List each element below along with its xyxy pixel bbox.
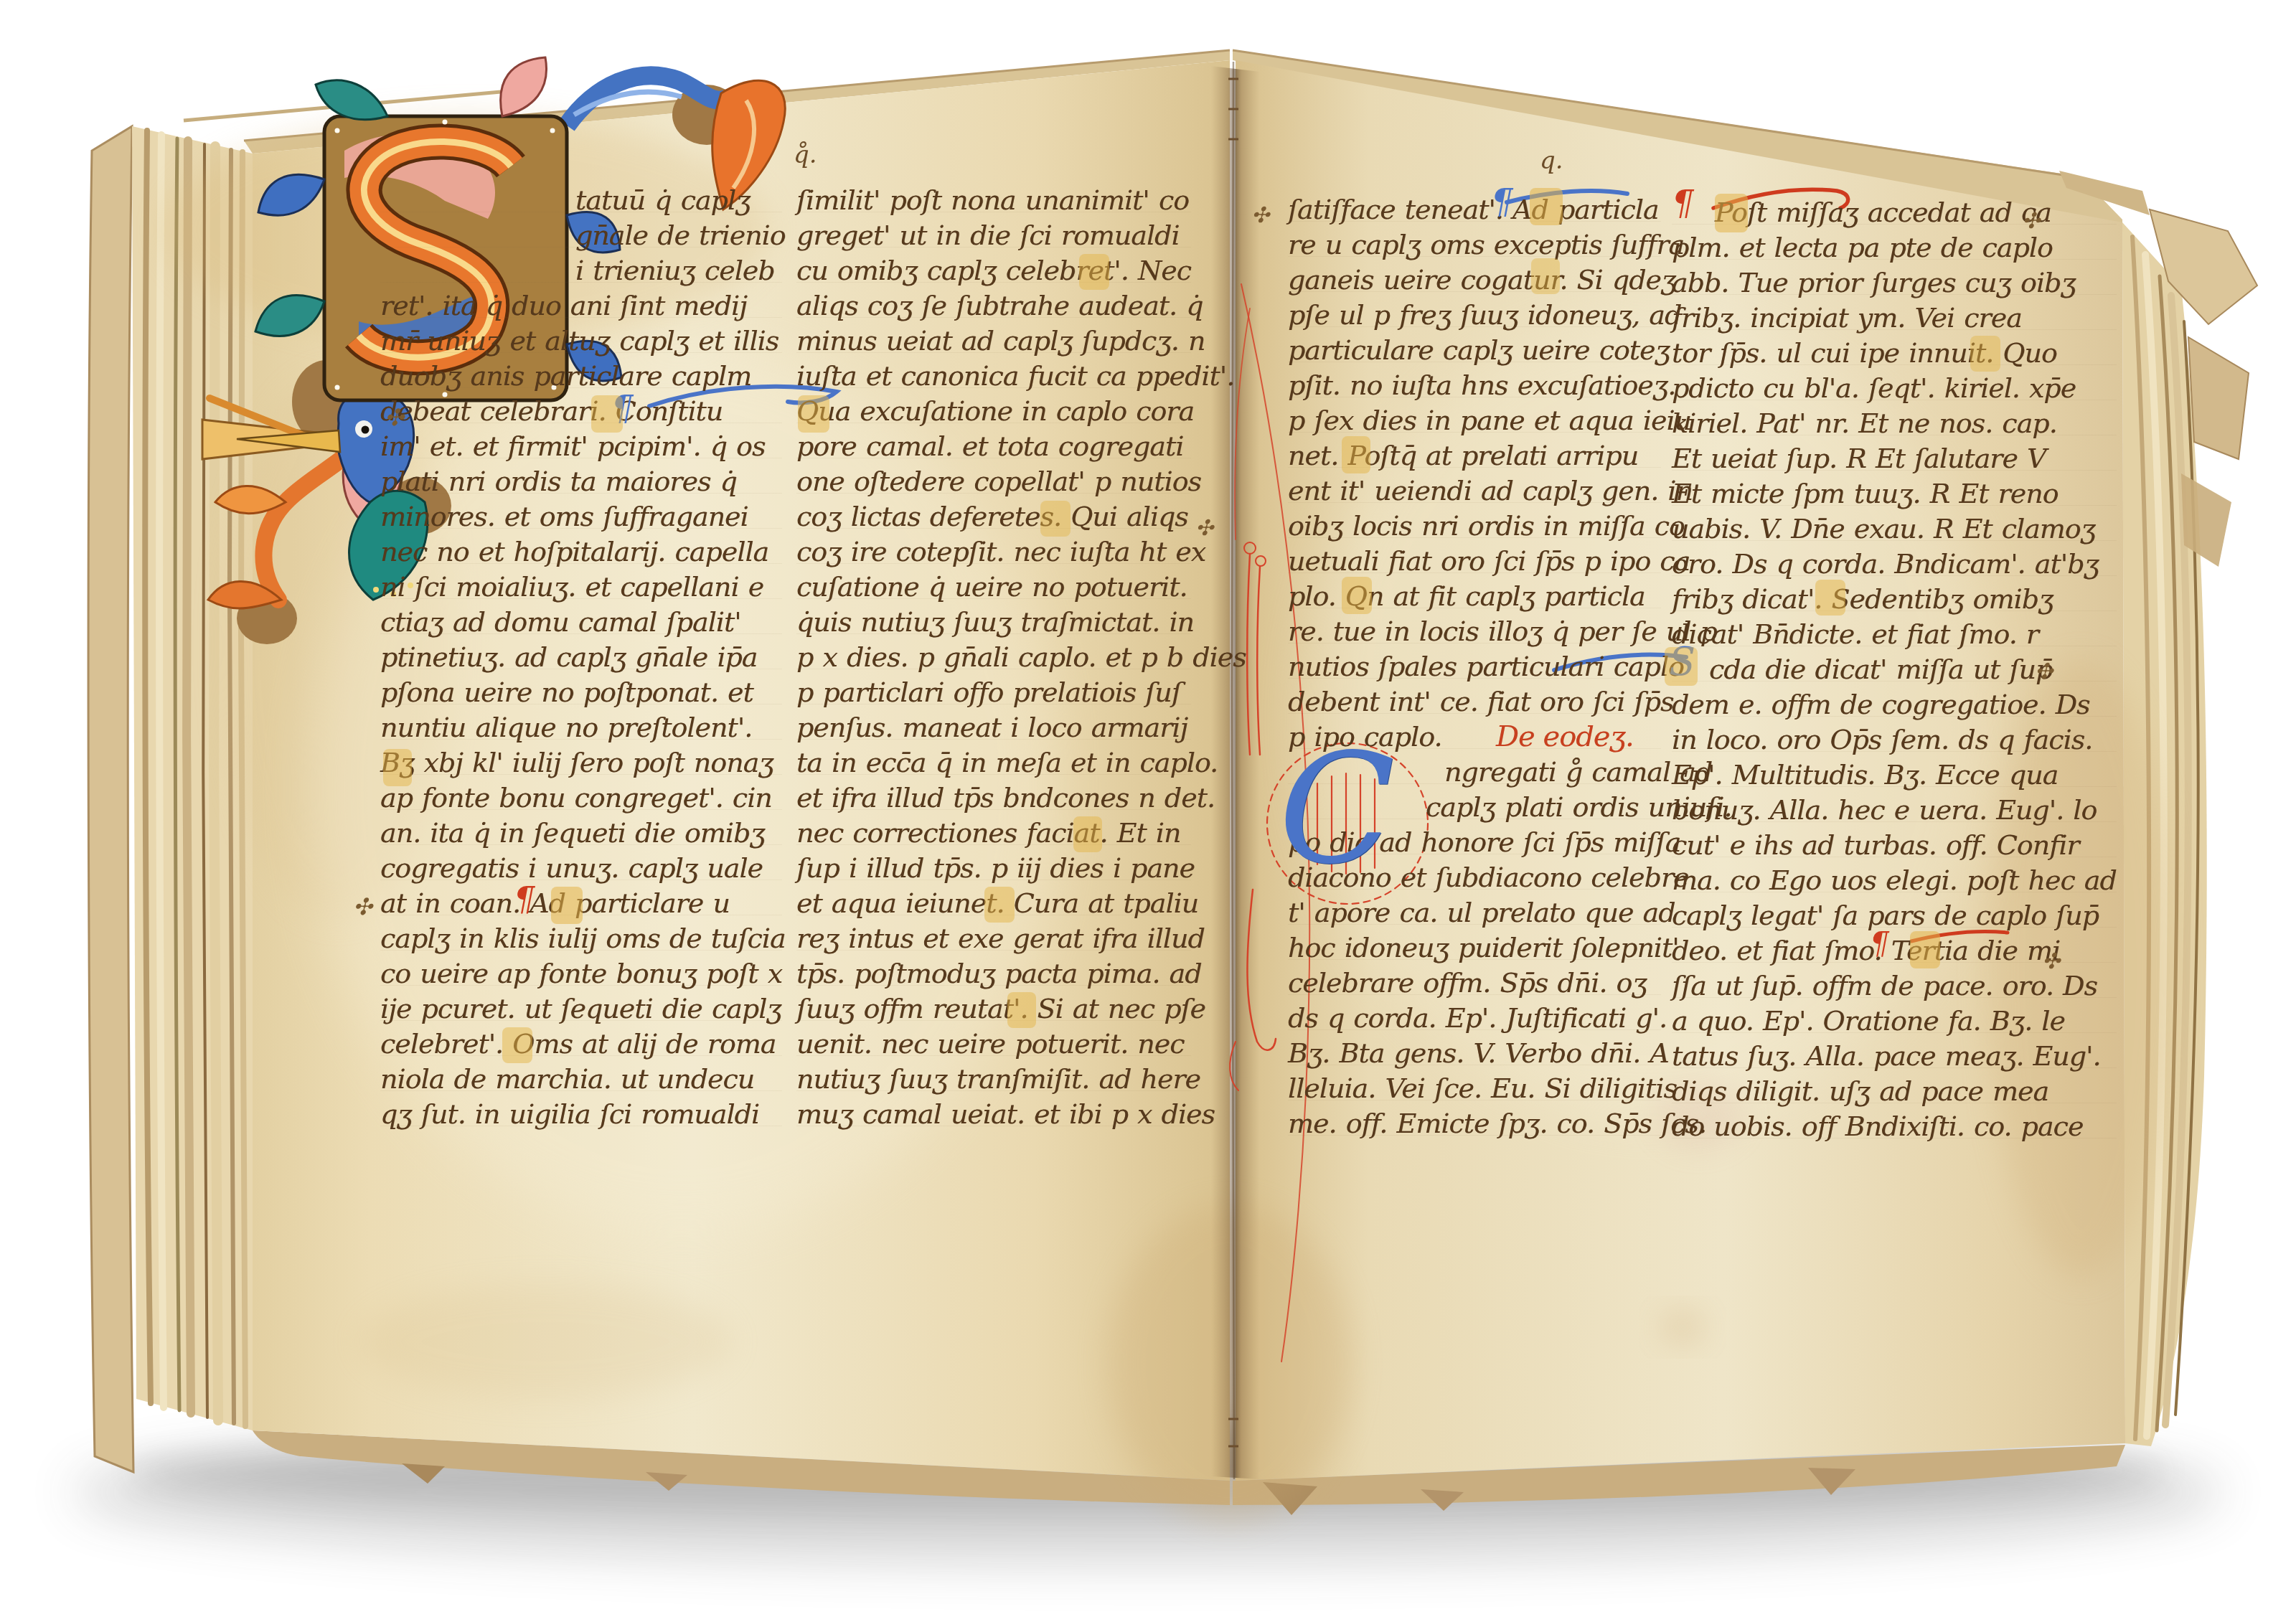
gold-wash	[1815, 580, 1845, 616]
margin-cross: ✣	[385, 406, 404, 429]
text-line: particulare caplʒ ueire coteʒ	[1288, 333, 1661, 368]
text-line: reʒ intus et exe gerat ifra illud	[796, 921, 1191, 956]
text-line: one oſtedere copellat' p nutios	[796, 464, 1191, 499]
text-line: ni ſci moialiuʒ. et capellani e	[380, 570, 782, 605]
text-line: in loco. oro Op̄s ſem. ds q facis.	[1672, 722, 2117, 758]
binding-stitches	[1228, 79, 1238, 1446]
text-line: plati nri ordis ta maiores q̇	[380, 464, 782, 499]
margin-cross: ✣	[353, 895, 372, 918]
text-line: pſona ueire no poſtponat. et	[380, 675, 782, 710]
left-page-edges	[132, 126, 253, 1430]
gutter-crease	[1232, 62, 1234, 1479]
orange-acanthus	[215, 486, 286, 513]
gold-wash	[1040, 501, 1071, 537]
text-line: q̇uis nutiuʒ ſuuʒ traſmictat. in	[796, 605, 1191, 640]
text-line: bonuʒ. Alla. hec e uera. Eug'. lo	[1672, 793, 2117, 828]
text-line: p particlari offo prelatiois ſuſ	[796, 675, 1191, 710]
text-line: Et ueiat ſup. R Et ſalutare V	[1672, 441, 2117, 476]
text-line: abb. Tue prior ſurges cuʒ oibʒ	[1672, 265, 2117, 301]
text-line: a quo. Ep'. Oratione fa. Bʒ. le	[1672, 1004, 2117, 1039]
text-line: pſe ul p freʒ ſuuʒ idoneuʒ, ad	[1288, 298, 1661, 333]
spear-leaf	[202, 420, 375, 459]
text-line: aliqs coʒ ſe ſubtrahe audeat. q̇	[796, 288, 1191, 324]
gold-wash	[1910, 931, 1940, 968]
left-cover-edge	[88, 126, 133, 1472]
text-line: cuſatione q̇ ueire no potuerit.	[796, 570, 1191, 605]
text-line: co ueire ap fonte bonuʒ poſt x	[380, 956, 782, 991]
text-line: minus ueiat ad caplʒ ſupdcʒ. n	[796, 324, 1191, 359]
text-line: niola de marchia. ut undecu	[380, 1062, 782, 1097]
margin-cross: ✣	[2035, 661, 2053, 683]
red-filigree	[1257, 567, 1260, 755]
text-line: hoc idoneuʒ puiderit ſolepnit'	[1288, 930, 1661, 966]
gold-wash	[1079, 254, 1109, 290]
text-line: et ifra illud tp̄s bndcones n det.	[796, 781, 1191, 816]
gold-wash	[1342, 577, 1372, 614]
text-line: ptinetiuʒ. ad caplʒ gn̄ale ip̄a	[380, 640, 782, 675]
text-line: Qua excuſatione in caplo cora	[796, 394, 1191, 429]
rubric-de-eodem: De eodeʒ.	[1496, 720, 1634, 753]
text-line: oibʒ locis nri ordis in miſſa co	[1288, 509, 1661, 544]
paraph-red: ¶	[1870, 928, 1889, 958]
text-line: caplʒ legat' ſa pars de caplo ſup̄	[1672, 898, 2117, 933]
text-line: Ep'. Multitudis. Bʒ. Ecce qua	[1672, 758, 2117, 793]
text-line: ije pcuret. ut ſequeti die caplʒ	[380, 991, 782, 1027]
text-line: greget' ut in die ſci romualdi	[796, 218, 1191, 253]
text-line: ſatiſface teneat'. Ad particla	[1288, 192, 1661, 227]
gutter-shadow	[1211, 66, 1260, 1479]
text-line: t' apore ca. ul prelato que ad	[1288, 895, 1661, 930]
text-line: uenit. nec ueire potuerit. nec	[796, 1027, 1191, 1062]
red-filigree-tail	[1247, 890, 1276, 1050]
text-line: minores. et oms ſuffraganei	[380, 499, 782, 534]
chapter-initial-c: C	[1279, 733, 1395, 885]
text-line: nec correctiones faciat. Et in	[796, 816, 1191, 851]
gold-wash	[1970, 336, 2000, 372]
text-line: duobʒ anis particlare caplm	[380, 359, 782, 394]
gold-wash	[798, 395, 829, 433]
text-line: ſuuʒ offm reutat'. Si at nec pſe	[796, 991, 1191, 1027]
text-line: p ſex dies in pane et aqua ieiu	[1288, 403, 1661, 438]
top-edge-left	[244, 50, 1230, 154]
text-line: penſus. maneat i loco armarij	[796, 710, 1191, 745]
quire-mark-right: q.	[1540, 146, 1563, 175]
gold-wash	[984, 887, 1015, 923]
text-line: tatus ſuʒ. Alla. pace meaʒ. Eug'.	[1672, 1039, 2117, 1074]
text-line: uetuali fiat oro ſci ſp̄s p ipo ca	[1288, 544, 1661, 579]
text-line: ctiaʒ ad domu camal ſpalit'	[380, 605, 782, 640]
text-line: tatuū q̇ caplʒ	[380, 183, 782, 218]
text-line: ta in ecc̄a q̄ in meſa et in caplo.	[796, 745, 1191, 781]
gold-wash	[1007, 992, 1036, 1028]
text-line: tor ſp̄s. ul cui ipe innuit. Quo	[1672, 336, 2117, 371]
gold-wash	[551, 887, 583, 924]
margin-cross: ✣	[2022, 211, 2040, 232]
text-line: re u caplʒ oms exceptis ſuffra	[1288, 227, 1661, 263]
orange-acanthus	[208, 581, 281, 608]
orange-stem	[263, 402, 393, 600]
gold-wash	[383, 749, 412, 786]
text-line: nutiuʒ ſuuʒ tranſmiſit. ad here	[796, 1062, 1191, 1097]
right-page-column-1: ſatiſface teneat'. Ad particlare u caplʒ…	[1288, 192, 1661, 1141]
text-line: p x dies. p gn̄ali caplo. et p b dies	[796, 640, 1191, 675]
text-line: uabis. V. Dn̄e exau. R Et clamoʒ	[1672, 511, 2117, 547]
text-line: qʒ ſut. in uigilia ſci romualdi	[380, 1097, 782, 1132]
text-line: nuntiu alique no preſtolent'.	[380, 710, 782, 745]
margin-cross: ✣	[2042, 951, 2060, 973]
gold-wash	[1342, 436, 1370, 473]
margin-cross: ✣	[1251, 205, 1269, 227]
text-line: fribʒ dicat'. Sedentibʒ omibʒ	[1672, 582, 2117, 617]
text-line: i trieniuʒ celeb	[380, 253, 782, 288]
text-line: celebret'. Oms at alij de roma	[380, 1027, 782, 1062]
bottom-edge-right	[1233, 1445, 2125, 1505]
gold-wash	[1665, 647, 1698, 686]
text-line: ſup i illud tp̄s. p iij dies i pane	[796, 851, 1191, 886]
text-line: ma. co Ego uos elegi. poſt hec ad	[1672, 863, 2117, 898]
text-line: coʒ lictas deferetes. Qui aliqs	[796, 499, 1191, 534]
text-line: me. off. Emicte ſpʒ. co. Sp̄s ſcs.	[1288, 1106, 1661, 1141]
text-line: Et micte ſpm tuuʒ. R Et reno	[1672, 476, 2117, 511]
text-line: im' et. et firmit' pcipim'. q̇ os	[380, 429, 782, 464]
text-line: pſit. no iuſta hns excuſatioeʒ.	[1288, 368, 1661, 403]
text-line: cut' e ihs ad turbas. off. Confir	[1672, 828, 2117, 863]
text-line: ganeis ueire cogatur. Si qdeʒ	[1288, 263, 1661, 298]
text-line: coʒ ire cotepſit. nec iuſta ht ex	[796, 534, 1191, 570]
gold-wash	[1715, 194, 1748, 232]
paraph-red: ¶	[514, 882, 535, 915]
text-line: caplʒ in klis iulij oms de tuſcia	[380, 921, 782, 956]
text-line: cogregatis i unuʒ. caplʒ uale	[380, 851, 782, 886]
text-line: cu omibʒ caplʒ celebret'. Nec	[796, 253, 1191, 288]
paraph-red: ¶	[1672, 187, 1694, 221]
text-line: an. ita q̇ in ſequeti die omibʒ	[380, 816, 782, 851]
cover-flap	[2188, 337, 2249, 459]
text-line: Bʒ. Bta gens. V. Verbo dn̄i. A	[1288, 1036, 1661, 1071]
gold-wash	[591, 395, 623, 433]
text-line: Bʒ xbj kl' iulij ſero poſt nonaʒ	[380, 745, 782, 781]
text-line: pdicto cu bl'a. ſeqt'. kiriel. xp̄e	[1672, 371, 2117, 406]
quire-mark-left: q̊.	[794, 141, 817, 169]
text-line: ret'. ita q̇ duo ani ſint medij	[380, 288, 782, 324]
text-line: re. tue in locis illoʒ q̇ per ſe ul p	[1288, 614, 1661, 649]
text-line: fribʒ. incipiat ym. Vei crea	[1672, 301, 2117, 336]
text-line: muʒ camal ueiat. et ibi p x dies	[796, 1097, 1191, 1132]
text-line: debent int' ce. fiat oro ſci ſp̄s	[1288, 684, 1661, 720]
gold-wash	[1530, 188, 1563, 225]
text-line: ent it' ueiendi ad caplʒ gen. in	[1288, 473, 1661, 509]
text-line: kiriel. Pat' nr. Et ne nos. cap.	[1672, 406, 2117, 441]
text-line: pore camal. et tota cogregati	[796, 429, 1191, 464]
right-page-edges	[2122, 222, 2207, 1446]
text-line: ds q corda. Ep'. Juſtificati g'.	[1288, 1001, 1661, 1036]
text-line: plm. et lecta pa pte de caplo	[1672, 230, 2117, 265]
text-line: nec no et hoſpitalarij. capella	[380, 534, 782, 570]
manuscript-book-photo: q̊. tatuū q̇ caplʒgn̄ale de trienioi tri…	[0, 0, 2296, 1622]
text-line: dem e. offm de cogregatioe. Ds	[1672, 687, 2117, 722]
bottom-edge-left	[253, 1430, 1230, 1505]
gold-wash	[1073, 816, 1102, 852]
gold-wash	[502, 1027, 532, 1063]
paraph-blue: ¶	[1491, 185, 1513, 220]
book-shadow	[72, 1424, 2224, 1560]
peacock-eye	[355, 420, 372, 438]
text-line: celebrare offm. Sp̄s dn̄i. oʒ	[1288, 966, 1661, 1001]
text-line: gn̄ale de trienio	[380, 218, 782, 253]
left-page-column-1: tatuū q̇ caplʒgn̄ale de trienioi trieniu…	[380, 183, 782, 1132]
text-line: do uobis. off Bndixiſti. co. pace	[1672, 1109, 2117, 1144]
text-line: dicat' Bn̄dicte. et fiat ſmo. r	[1672, 617, 2117, 652]
left-page-column-2: ſimilit' poſt nona unanimit' cogreget' u…	[796, 183, 1191, 1132]
text-line: tp̄s. poſtmoduʒ pacta pima. ad	[796, 956, 1191, 991]
gold-wash	[1531, 258, 1560, 294]
text-line: nutios ſpales particulari caplo	[1288, 649, 1661, 684]
text-line: mr̄ uniuʒ et altuʒ caplʒ et illis	[380, 324, 782, 359]
cover-flap	[2150, 209, 2257, 324]
cover-flap	[2181, 473, 2231, 567]
peacock-beak	[237, 430, 340, 452]
text-line: ap fonte bonu congreget'. cin	[380, 781, 782, 816]
text-line: iuſta et canonica fucit ca ppedit'.	[796, 359, 1191, 394]
text-line: diqs diligit. uſʒ ad pace mea	[1672, 1074, 2117, 1109]
red-filigree	[1247, 554, 1250, 755]
text-line: oro. Ds q corda. Bndicam'. at'bʒ	[1672, 547, 2117, 582]
margin-cross: ✣	[1195, 518, 1213, 539]
text-line: ſimilit' poſt nona unanimit' co	[796, 183, 1191, 218]
text-line: debeat celebrari. Conſtitu	[380, 394, 782, 429]
text-line: lleluia. Vei ſce. Eu. Si diligitis	[1288, 1071, 1661, 1106]
